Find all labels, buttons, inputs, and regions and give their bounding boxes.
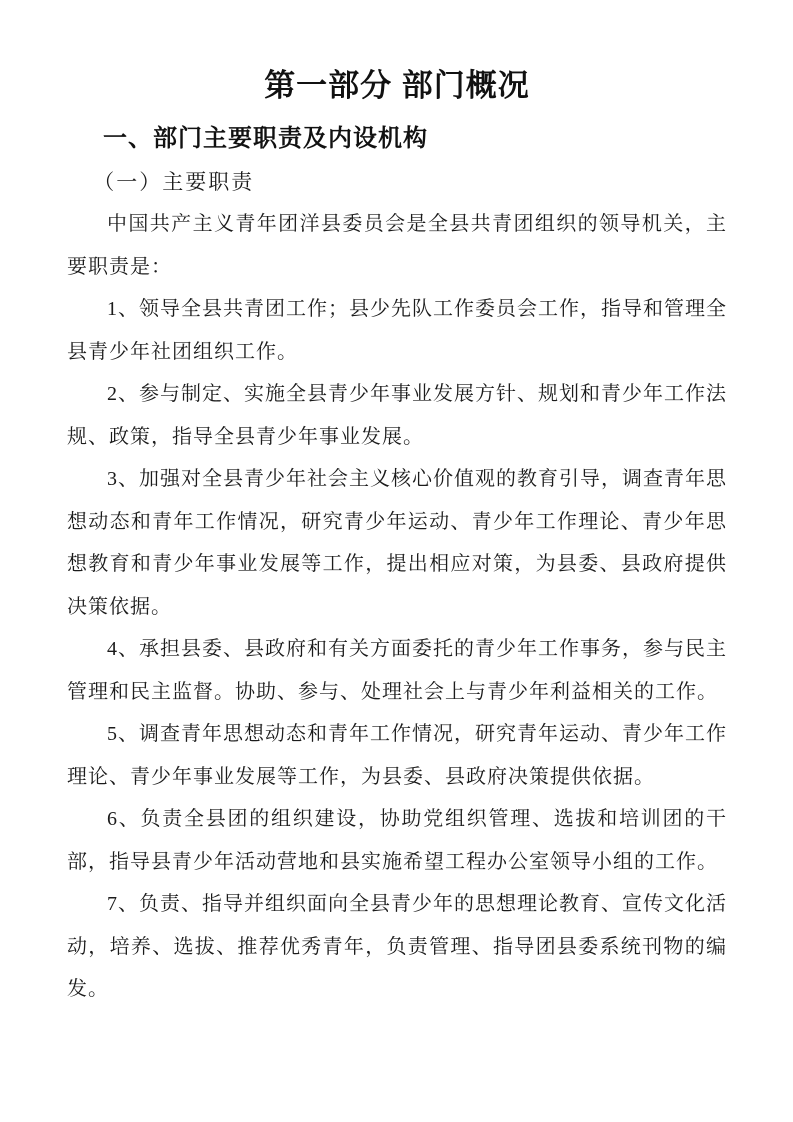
document-title: 第一部分 部门概况: [67, 62, 727, 110]
paragraph-duty-7: 7、负责、指导并组织面向全县青少年的思想理论教育、宣传文化活动，培养、选拔、推荐…: [67, 883, 727, 1011]
document-body: 中国共产主义青年团洋县委员会是全县共青团组织的领导机关，主要职责是： 1、领导全…: [67, 203, 727, 1011]
paragraph-duty-5: 5、调查青年思想动态和青年工作情况，研究青年运动、青少年工作理论、青少年事业发展…: [67, 713, 727, 798]
document-page: 第一部分 部门概况 一、部门主要职责及内设机构 （一）主要职责 中国共产主义青年…: [0, 0, 793, 1122]
paragraph-duty-1: 1、领导全县共青团工作；县少先队工作委员会工作，指导和管理全县青少年社团组织工作…: [67, 288, 727, 373]
section-heading: 一、部门主要职责及内设机构: [67, 118, 727, 161]
paragraph-duty-3: 3、加强对全县青少年社会主义核心价值观的教育引导，调查青年思想动态和青年工作情况…: [67, 458, 727, 628]
paragraph-duty-4: 4、承担县委、县政府和有关方面委托的青少年工作事务，参与民主管理和民主监督。协助…: [67, 628, 727, 713]
paragraph-duty-2: 2、参与制定、实施全县青少年事业发展方针、规划和青少年工作法规、政策，指导全县青…: [67, 373, 727, 458]
subsection-heading: （一）主要职责: [67, 161, 727, 204]
paragraph-intro: 中国共产主义青年团洋县委员会是全县共青团组织的领导机关，主要职责是：: [67, 203, 727, 288]
paragraph-duty-6: 6、负责全县团的组织建设，协助党组织管理、选拔和培训团的干部，指导县青少年活动营…: [67, 798, 727, 883]
